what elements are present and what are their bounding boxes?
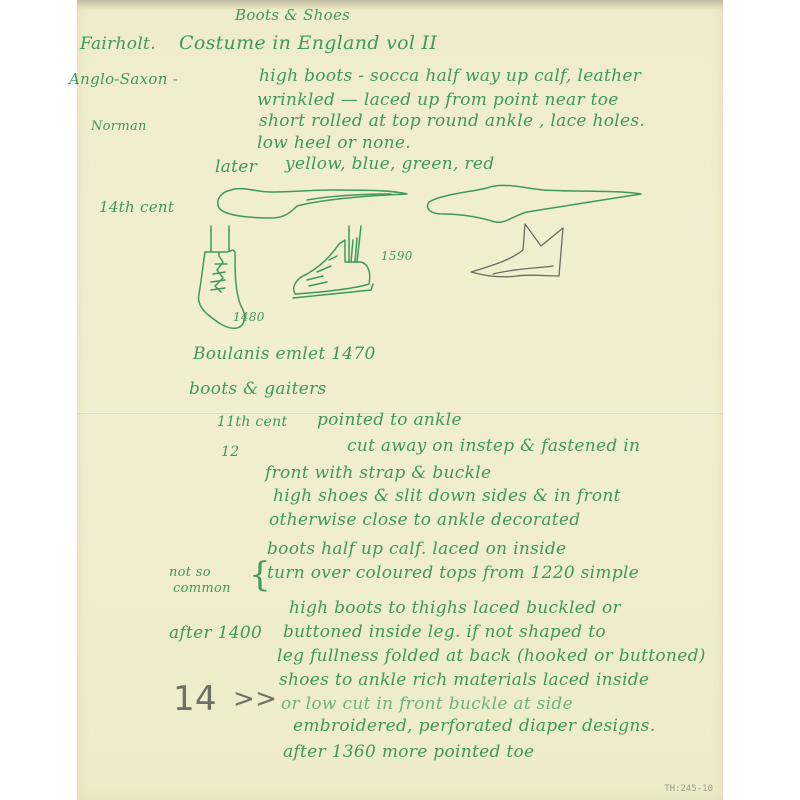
note-boots-half-calf: boots half up calf. laced on inside [267, 541, 566, 558]
note-embroidered: embroidered, perforated diaper designs. [293, 718, 655, 735]
line-norman-1: short rolled at top round ankle , lace h… [259, 113, 645, 130]
pointed-shoe-outline-2-icon [423, 184, 643, 226]
boot-date-label: 1480 [233, 311, 265, 323]
note-otherwise: otherwise close to ankle decorated [269, 512, 580, 529]
page-title: Boots & Shoes [235, 8, 350, 23]
note-high-boots-thighs: high boots to thighs laced buckled or [289, 600, 621, 617]
pencil-arrow-icon: >> [233, 686, 277, 712]
line-norman-2: low heel or none. [257, 135, 411, 152]
margin-not-so: not so [169, 566, 211, 579]
line-colors: yellow, blue, green, red [285, 156, 494, 173]
margin-common: common [173, 582, 231, 595]
note-low-cut: or low cut in front buckle at side [281, 696, 573, 713]
note-front-strap: front with strap & buckle [265, 465, 491, 482]
note-high-shoes: high shoes & slit down sides & in front [273, 488, 621, 505]
pointed-cuffed-shoe-pencil-icon [467, 222, 577, 292]
line-anglo-saxon-1: high boots - socca half way up calf, lea… [259, 68, 641, 85]
manuscript-page: Boots & Shoes Fairholt. Costume in Engla… [77, 0, 723, 800]
sandal-shoe-icon [287, 226, 397, 306]
margin-after-1400: after 1400 [169, 625, 262, 642]
line-anglo-saxon-2: wrinkled — laced up from point near toe [257, 92, 619, 109]
archive-reference-stamp: TH:245-10 [664, 784, 713, 794]
margin-norman: Norman [91, 120, 147, 133]
sandal-date-label: 1590 [381, 250, 413, 262]
pencil-century-mark: 14 [173, 682, 217, 716]
note-reference: Boulanis emlet 1470 [193, 346, 376, 363]
note-11th-cent: pointed to ankle [317, 412, 462, 429]
note-cut-away: cut away on instep & fastened in [347, 438, 640, 455]
torn-top-edge [77, 0, 723, 10]
note-boots-gaiters: boots & gaiters [189, 381, 327, 398]
note-after-1360: after 1360 more pointed toe [283, 744, 534, 761]
note-buttoned: buttoned inside leg. if not shaped to [283, 624, 606, 641]
pointed-shoe-outline-1-icon [211, 184, 411, 224]
note-turn-over: turn over coloured tops from 1220 simple [267, 565, 639, 582]
note-leg-fullness: leg fullness folded at back (hooked or b… [277, 648, 706, 665]
margin-11th-cent: 11th cent [217, 415, 287, 429]
margin-later: later [215, 159, 257, 176]
note-shoes-ankle: shoes to ankle rich materials laced insi… [279, 672, 649, 689]
source-title: Costume in England vol II [179, 34, 437, 53]
sketch-row-label: 14th cent [99, 200, 174, 215]
source-author: Fairholt. [80, 36, 156, 53]
margin-12: 12 [221, 445, 239, 459]
margin-anglo-saxon: Anglo-Saxon - [69, 72, 178, 87]
